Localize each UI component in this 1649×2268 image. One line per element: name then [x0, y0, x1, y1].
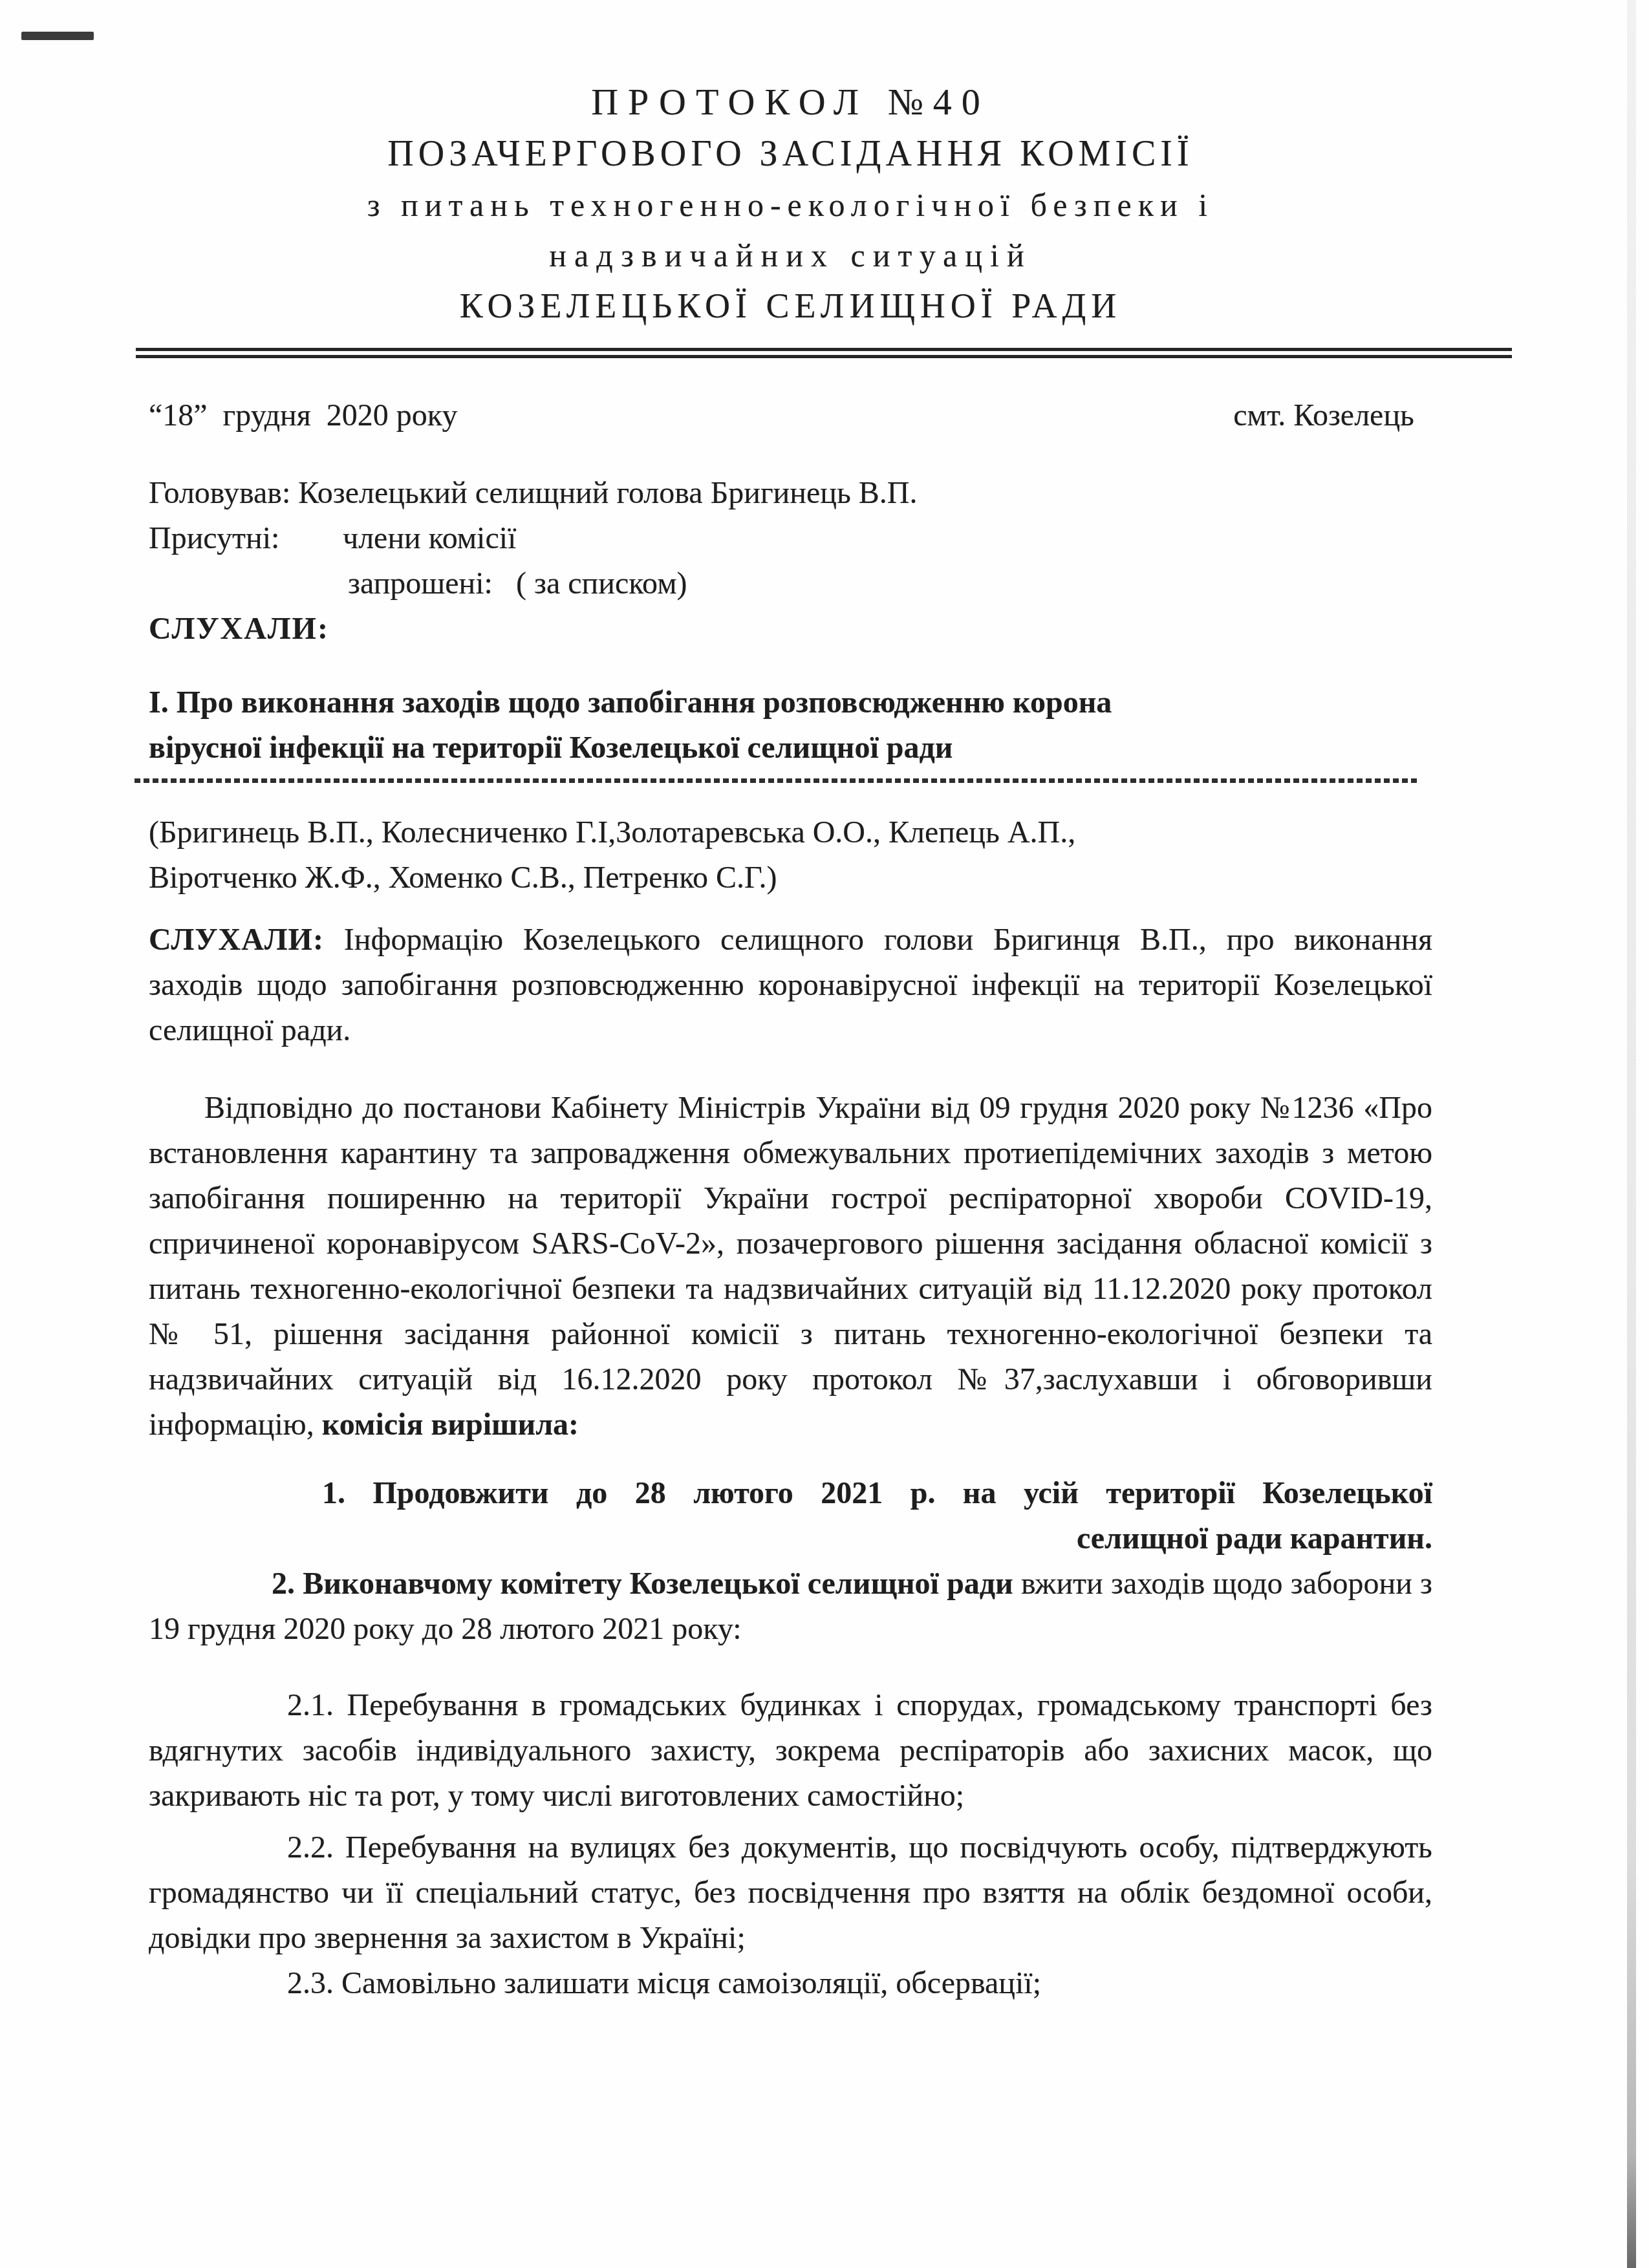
scan-edge-shadow [1627, 0, 1636, 2268]
heard-paragraph: СЛУХАЛИ: Інформацію Козелецького селищно… [149, 917, 1432, 1053]
agenda-heading-line-1: І. Про виконання заходів щодо запобіганн… [149, 680, 1432, 725]
invited-label: запрошені: [348, 566, 493, 601]
title-line-commission-scope: з питань техногенно-екологічної безпеки … [149, 180, 1432, 230]
dashed-separator [135, 778, 1417, 783]
invited-line: запрошені:( за списком) [348, 561, 1432, 606]
scanned-protocol-page: ПРОТОКОЛ №40 ПОЗАЧЕРГОВОГО ЗАСІДАННЯ КОМ… [0, 0, 1649, 2268]
attendance-block: Головував: Козелецький селищний голова Б… [149, 471, 1432, 652]
resolution-decided-phrase: комісія вирішила: [322, 1407, 579, 1442]
decision-item-2-1: 2.1. Перебування в громадських будинках … [149, 1683, 1432, 1819]
agenda-item-heading: І. Про виконання заходів щодо запобіганн… [149, 680, 1432, 771]
agenda-heading-line-2: вірусної інфекції на території Козелецьк… [149, 725, 1432, 771]
present-value: члени комісії [343, 521, 516, 555]
present-line: Присутні:члени комісії [149, 516, 1432, 561]
decision-item-1-line-1: 1. Продовжити до 28 лютого 2021 р. на ус… [149, 1471, 1432, 1516]
document-title: ПРОТОКОЛ №40 ПОЗАЧЕРГОВОГО ЗАСІДАННЯ КОМ… [149, 76, 1432, 331]
scan-artifact-bar [21, 32, 94, 40]
decision-item-1-line-2: селищної ради карантин. [149, 1516, 1432, 1561]
decision-item-2-lead: 2. Виконавчому комітету Козелецької сели… [272, 1567, 1013, 1601]
document-content: ПРОТОКОЛ №40 ПОЗАЧЕРГОВОГО ЗАСІДАННЯ КОМ… [149, 0, 1432, 2006]
present-label: Присутні: [149, 516, 343, 561]
title-line-protocol-number: ПРОТОКОЛ №40 [149, 76, 1432, 128]
heard-paragraph-body: Інформацію Козелецького селищного голови… [149, 923, 1432, 1047]
speakers-line-1: (Бригинець В.П., Колесниченко Г.І,Золота… [149, 810, 1432, 855]
title-line-council: КОЗЕЛЕЦЬКОЇ СЕЛИЩНОЇ РАДИ [149, 281, 1432, 331]
speakers-line-2: Віротченко Ж.Ф., Хоменко С.В., Петренко … [149, 855, 1432, 901]
heard-paragraph-lead: СЛУХАЛИ: [149, 923, 324, 957]
chair-line: Головував: Козелецький селищний голова Б… [149, 471, 1432, 516]
title-line-emergency: надзвичайних ситуацій [149, 230, 1432, 281]
date-value: “18” грудня 2020 року [149, 393, 457, 438]
decision-item-2-3: 2.3. Самовільно залишати місця самоізоля… [149, 1961, 1432, 2006]
resolution-paragraph: Відповідно до постанови Кабінету Міністр… [149, 1086, 1432, 1448]
decision-item-2: 2. Виконавчому комітету Козелецької сели… [149, 1561, 1432, 1652]
title-line-session: ПОЗАЧЕРГОВОГО ЗАСІДАННЯ КОМІСІЇ [149, 128, 1432, 180]
resolution-paragraph-body: Відповідно до постанови Кабінету Міністр… [149, 1091, 1432, 1442]
date-row: “18” грудня 2020 року смт. Козелець [149, 393, 1432, 438]
double-horizontal-rule [136, 348, 1512, 358]
place-value: смт. Козелець [1233, 393, 1414, 438]
heard-heading: СЛУХАЛИ: [149, 606, 1432, 652]
decision-item-2-2: 2.2. Перебування на вулицях без документ… [149, 1825, 1432, 1961]
invited-value: ( за списком) [516, 566, 687, 601]
speakers-list: (Бригинець В.П., Колесниченко Г.І,Золота… [149, 810, 1432, 901]
